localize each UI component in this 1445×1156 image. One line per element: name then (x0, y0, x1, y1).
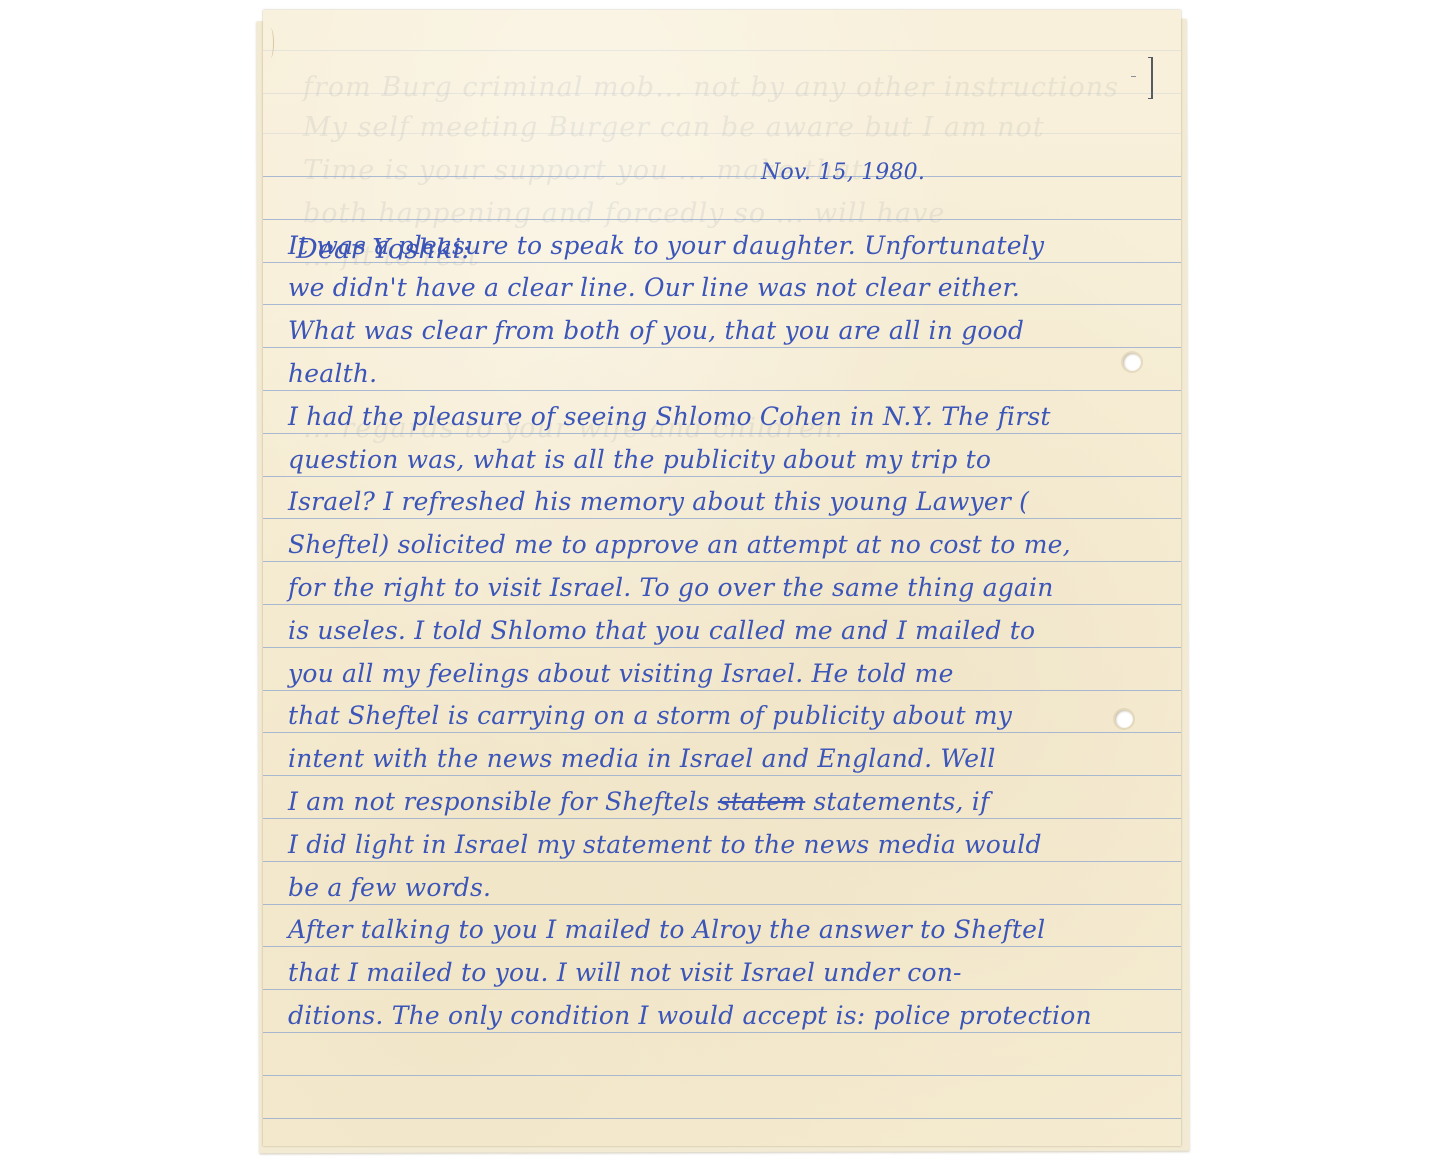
ruled-line (263, 561, 1181, 562)
ruled-line (263, 1118, 1181, 1119)
bleed-through-text: both happening and forcedly so ... will … (303, 198, 1151, 229)
ruled-line (263, 518, 1181, 519)
letter-line: we didn't have a clear line. Our line wa… (288, 273, 1020, 302)
letter-line: Israel? I refreshed his memory about thi… (288, 487, 1029, 516)
ruled-line (263, 133, 1181, 134)
struck-word: statem (718, 787, 806, 816)
letter-line: health. (288, 359, 377, 388)
letter-date: Nov. 15, 1980. (761, 160, 925, 185)
bleed-through-text: My self meeting Burger can be aware but … (303, 112, 1151, 143)
ruled-line (263, 219, 1181, 220)
letter-line: What was clear from both of you, that yo… (288, 316, 1024, 345)
letter-line: It was a pleasure to speak to your daugh… (288, 231, 1044, 260)
punch-hole (1115, 710, 1133, 728)
ruled-line (263, 818, 1181, 819)
ruled-line (263, 176, 1181, 177)
ruled-line (263, 50, 1181, 51)
bleed-through-text: from Burg criminal mob... not by any oth… (303, 72, 1151, 103)
ruled-line (263, 1075, 1181, 1076)
ruled-line (263, 476, 1181, 477)
ruled-line (263, 989, 1181, 990)
ruled-line (263, 904, 1181, 905)
letter-line: After talking to you I mailed to Alroy t… (288, 915, 1045, 944)
pencil-dash (1131, 76, 1136, 77)
letter-line: intent with the news media in Israel and… (288, 744, 996, 773)
ruled-line (263, 732, 1181, 733)
ruled-line (263, 433, 1181, 434)
letter-line: that I mailed to you. I will not visit I… (288, 958, 962, 987)
letter-line: I am not responsible for Sheftels statem… (288, 787, 989, 816)
bleed-through-text: Time is your support you ... make that (303, 155, 1151, 186)
letter-line: you all my feelings about visiting Israe… (288, 659, 954, 688)
punch-hole (1123, 353, 1141, 371)
letter-page: from Burg criminal mob... not by any oth… (263, 10, 1181, 1146)
letter-line: is useles. I told Shlomo that you called… (288, 616, 1035, 645)
letter-line: for the right to visit Israel. To go ove… (288, 573, 1054, 602)
document-viewer: from Burg criminal mob... not by any oth… (0, 0, 1445, 1156)
ruled-line (263, 647, 1181, 648)
ruled-line (263, 946, 1181, 947)
ruled-line (263, 93, 1181, 94)
ruled-line (263, 775, 1181, 776)
ruled-line (263, 390, 1181, 391)
letter-line: that Sheftel is carrying on a storm of p… (288, 701, 1012, 730)
ruled-line (263, 604, 1181, 605)
letter-line: I had the pleasure of seeing Shlomo Cohe… (288, 402, 1051, 431)
ruled-line (263, 347, 1181, 348)
letter-line: Sheftel) solicited me to approve an atte… (288, 530, 1071, 559)
paper-edge-fold (267, 28, 274, 58)
ruled-line (263, 861, 1181, 862)
ruled-line (263, 690, 1181, 691)
letter-line: question was, what is all the publicity … (288, 445, 991, 474)
ruled-line (263, 1032, 1181, 1033)
ruled-line (263, 304, 1181, 305)
letter-line: be a few words. (288, 873, 491, 902)
letter-line: ditions. The only condition I would acce… (288, 1001, 1092, 1030)
letter-line: I did light in Israel my statement to th… (288, 830, 1042, 859)
